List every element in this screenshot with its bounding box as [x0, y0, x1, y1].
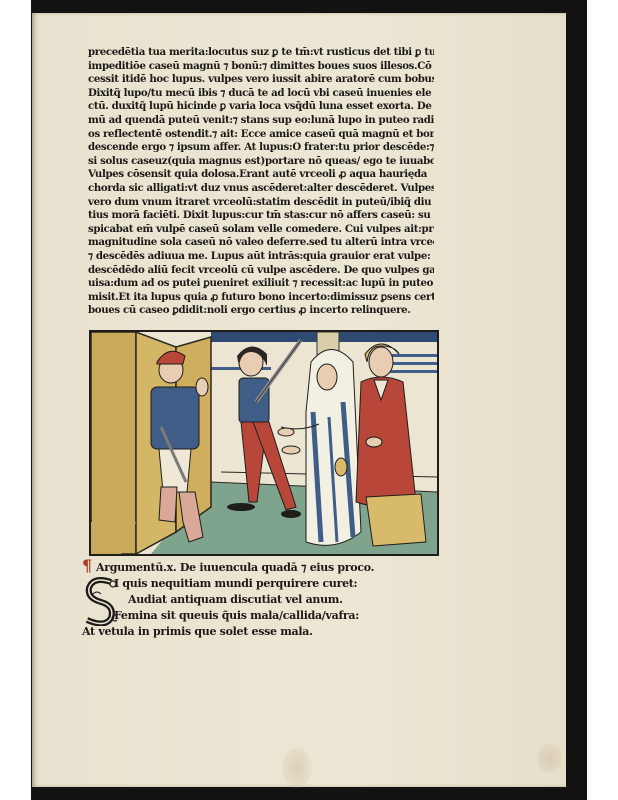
text-line: spicabat em̄ vulpē caseū solam velle com… [88, 223, 434, 237]
verse-line: Audiat antiquam discutiat vel anum. [82, 592, 442, 608]
text-line: cessit itidē hoc lupus. vulpes vero iuss… [88, 73, 434, 87]
text-line: descende ergo ⁊ ipsum affer. At lupus:O … [88, 141, 434, 155]
manuscript-page: precedētia tua merita:locutus suz ꝑ te t… [32, 13, 566, 787]
text-line: chorda sic alligati:vt duz vnus ascēdere… [88, 182, 434, 196]
text-line: mū ad quendā puteū venit:⁊ stans sup eo:… [88, 114, 434, 128]
argument-verse-block: ¶ Argumentū.x. De iuuencula quadā ⁊ eius… [82, 560, 442, 640]
woodcut-scene-image [91, 332, 437, 554]
text-line: tius morā faciēti. Dixit lupus:cur tm̄ s… [88, 209, 434, 223]
woodcut-illustration [89, 330, 439, 556]
text-line: ctū. duxitq̃ lupū hicinde ꝑ varia loca v… [88, 100, 434, 114]
paper-stain [282, 748, 312, 788]
paper-stain [537, 743, 562, 773]
text-line: magnitudine sola caseū nō valeo deferre.… [88, 236, 434, 250]
text-line: vero dum vnum itraret vrceolū:statim des… [88, 196, 434, 210]
text-line: descēdēdo aliū fecit vrceolū cū vulpe as… [88, 264, 434, 278]
verse-line: At vetula in primis que solet esse mala. [82, 624, 442, 640]
text-line: precedētia tua merita:locutus suz ꝑ te t… [88, 46, 434, 60]
text-line: boues cū caseo ꝑdidit:noli ergo certius … [88, 304, 434, 318]
argument-heading: Argumentū.x. De iuuencula quadā ⁊ eius p… [82, 560, 442, 576]
text-line: os reflectentē ostendit.⁊ ait: Ecce amic… [88, 128, 434, 142]
text-line: impeditiōe caseū magnū ⁊ bonū:⁊ dimittes… [88, 60, 434, 74]
verse-line: I quis nequitiam mundi perquirere curet: [82, 576, 442, 592]
text-line: misit.Et ita lupus quia ꝓ futuro bono in… [88, 291, 434, 305]
text-line: Vulpes cōsensit quia dolosa.Erant autē v… [88, 168, 434, 182]
text-line: Dixitq̃ lupo/tu mecū ibis ⁊ ducā te ad l… [88, 87, 434, 101]
text-line: si solus caseuz(quia magnus est)portare … [88, 155, 434, 169]
verse-line: Femina sit queuis q̃uis mala/callida/vaf… [82, 608, 442, 624]
body-text-block: precedētia tua merita:locutus suz ꝑ te t… [88, 46, 434, 318]
pilcrow-mark: ¶ [82, 558, 92, 574]
text-line: uisa:dum ad os putei ꝑueniret exiliuit ⁊… [88, 277, 434, 291]
text-line: ⁊ descēdēs adiuua me. Lupus aūt intrās:q… [88, 250, 434, 264]
decorated-initial-s-icon [83, 576, 117, 626]
